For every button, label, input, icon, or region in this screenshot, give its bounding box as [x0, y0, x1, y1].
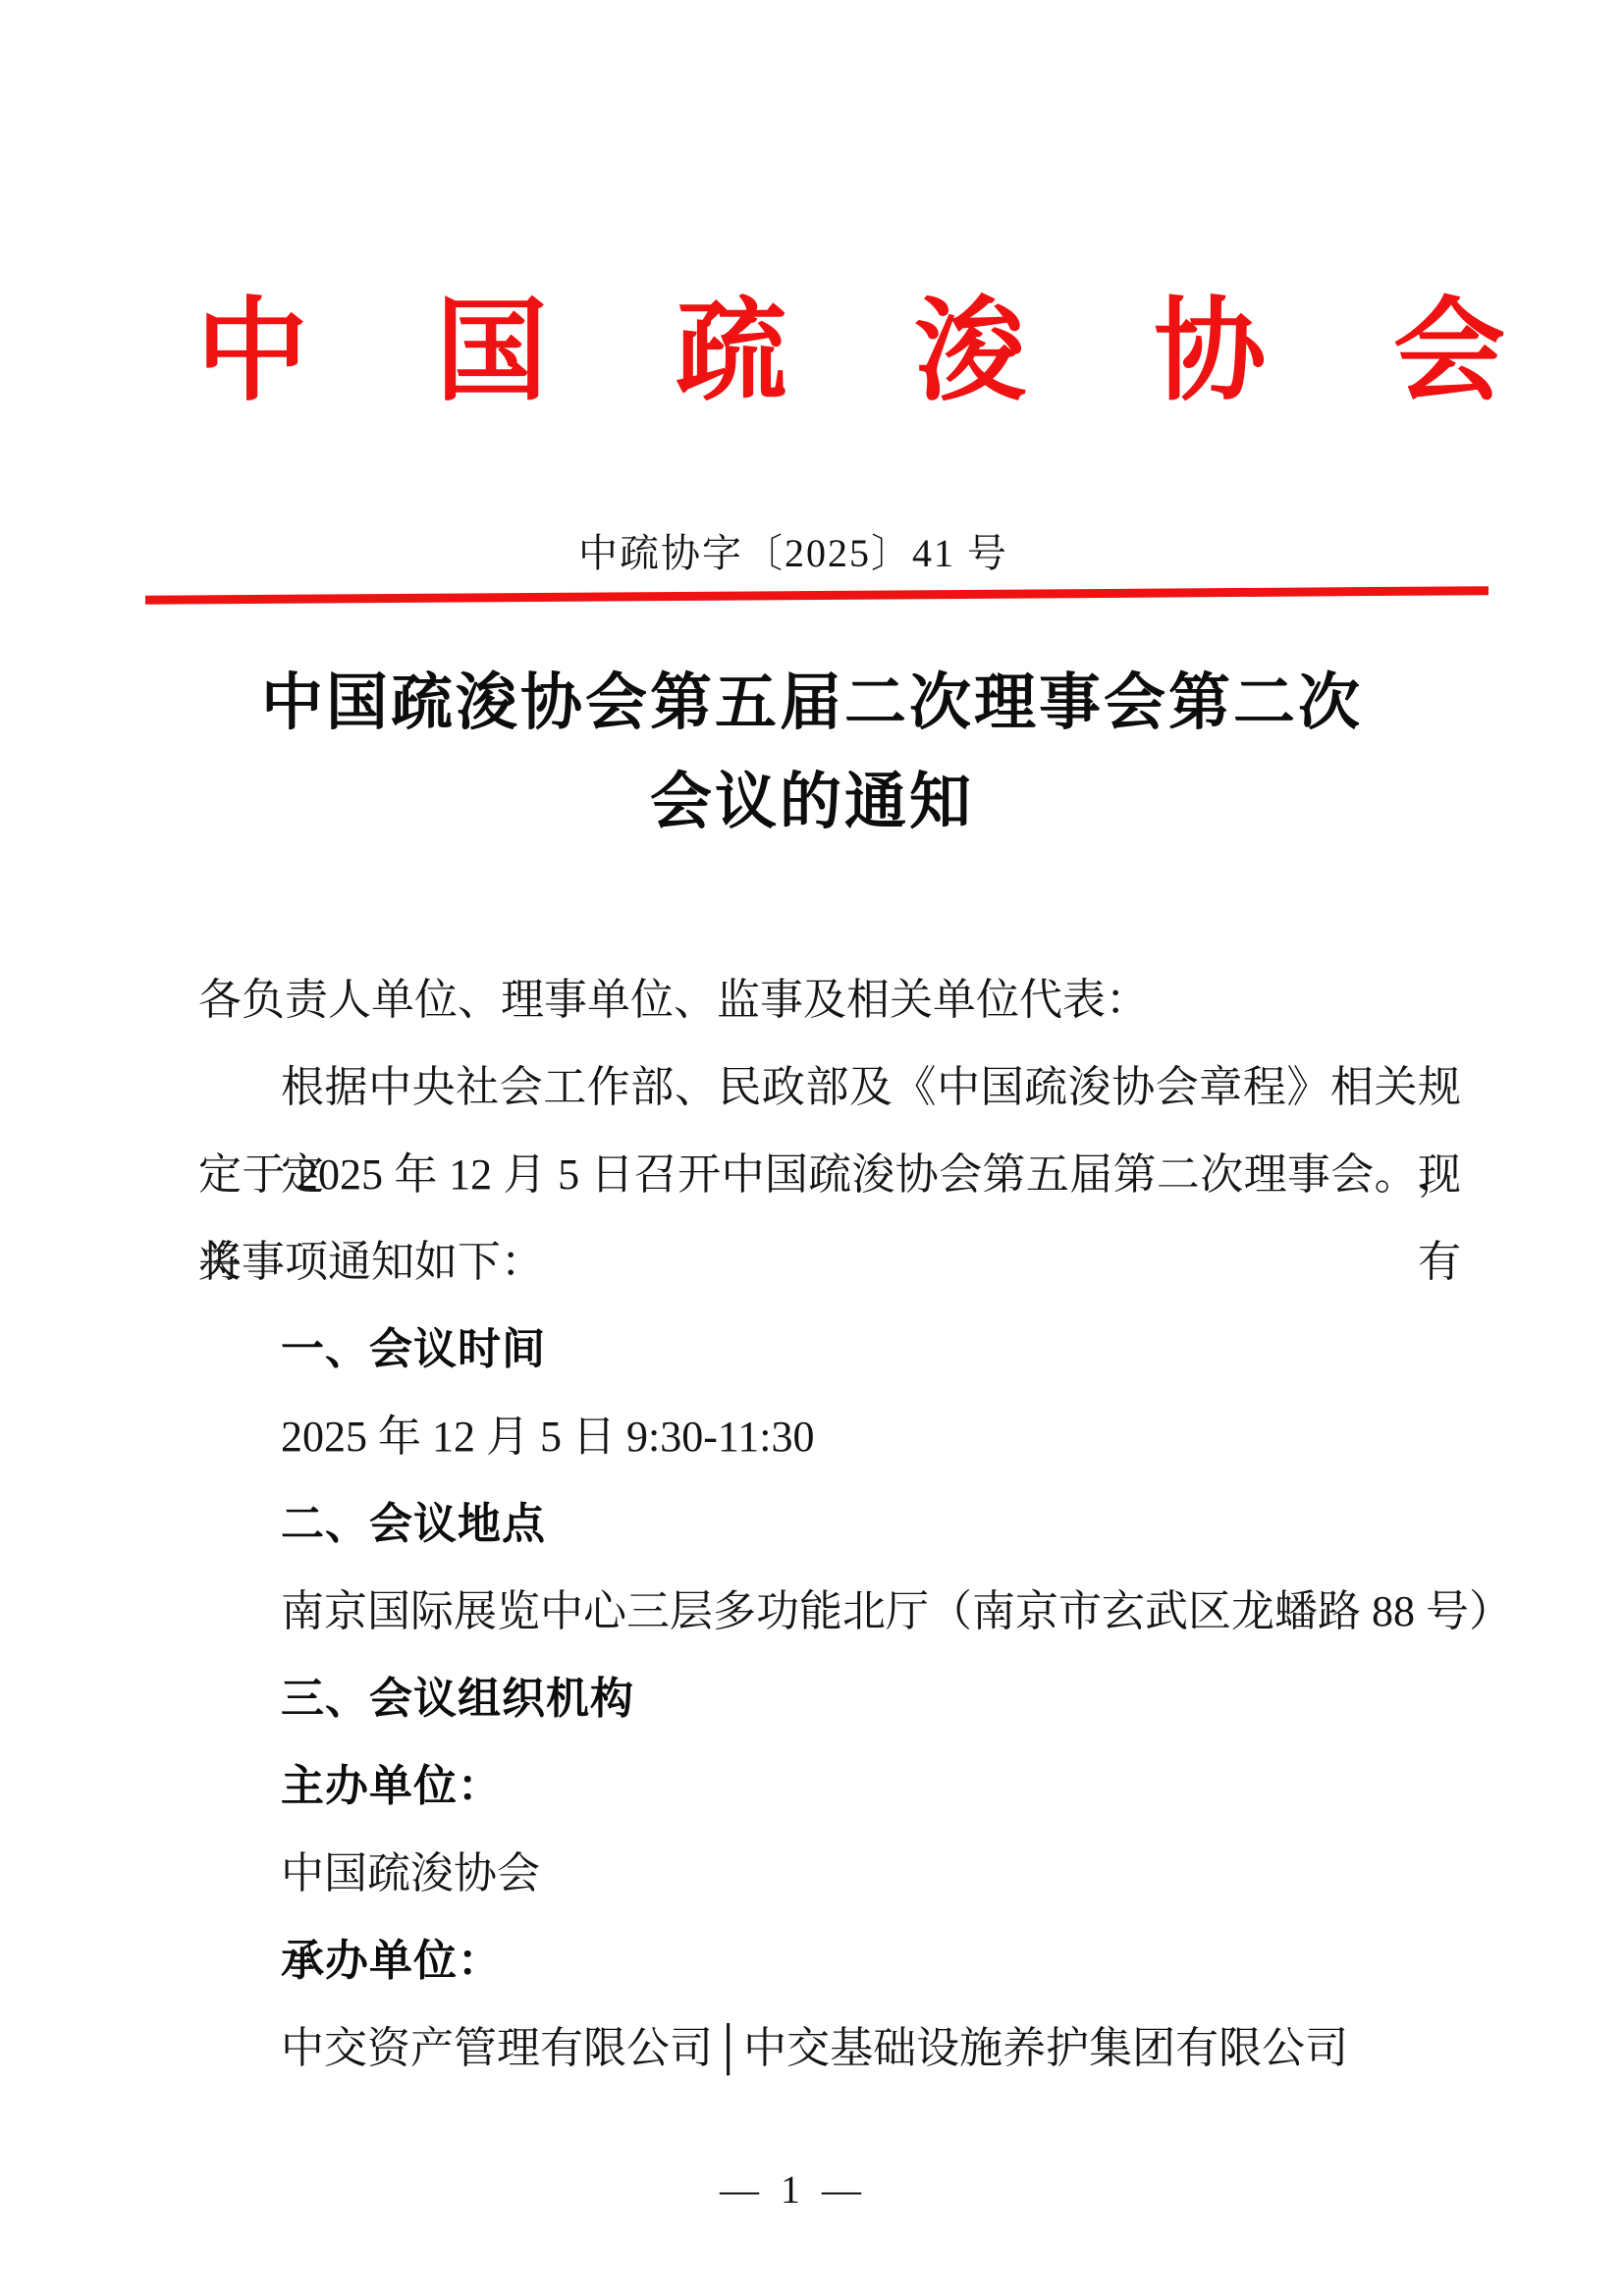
masthead-char: 中 — [196, 288, 308, 417]
organizer-unit-label: 承办单位： — [198, 1917, 1461, 2004]
meeting-venue-value: 南京国际展览中心三层多功能北厅（南京市玄武区龙蟠路 88 号） — [198, 1568, 1461, 1655]
section-heading-organization: 三、会议组织机构 — [198, 1655, 1461, 1742]
page-number: — 1 — — [0, 2166, 1605, 2214]
section-heading-meeting-time: 一、会议时间 — [198, 1306, 1461, 1393]
salutation-line: 各负责人单位、理事单位、监事及相关单位代表： — [198, 956, 1461, 1043]
organizer-unit-value: 中交资产管理有限公司│中交基础设施养护集团有限公司 — [198, 2004, 1461, 2092]
masthead-char: 协 — [1154, 288, 1266, 417]
meeting-time-value: 2025 年 12 月 5 日 9:30-11:30 — [198, 1393, 1461, 1480]
host-unit-label: 主办单位： — [198, 1742, 1461, 1830]
host-unit-value: 中国疏浚协会 — [198, 1830, 1461, 1917]
notice-body: 各负责人单位、理事单位、监事及相关单位代表： 根据中央社会工作部、民政部及《中国… — [198, 956, 1461, 2092]
document-number: 中疏协字〔2025〕41 号 — [0, 530, 1605, 577]
masthead-char: 浚 — [914, 288, 1026, 417]
body-line: 根据中央社会工作部、民政部及《中国疏浚协会章程》相关规定， — [198, 1043, 1461, 1131]
notice-title: 中国疏浚协会第五届二次理事会第二次 会议的通知 — [0, 654, 1624, 852]
section-heading-meeting-venue: 二、会议地点 — [198, 1480, 1461, 1568]
masthead-char: 疏 — [676, 288, 787, 417]
document-page: 中 国 疏 浚 协 会 中疏协字〔2025〕41 号 中国疏浚协会第五届二次理事… — [0, 0, 1624, 2296]
notice-title-line-2: 会议的通知 — [0, 753, 1624, 852]
masthead-char: 会 — [1393, 288, 1505, 417]
association-masthead: 中 国 疏 浚 协 会 — [196, 288, 1505, 425]
masthead-char: 国 — [436, 288, 548, 417]
notice-title-line-1: 中国疏浚协会第五届二次理事会第二次 — [0, 654, 1624, 753]
body-line: 定于 2025 年 12 月 5 日召开中国疏浚协会第五届第二次理事会。现将有 — [198, 1131, 1461, 1218]
red-divider-line — [145, 586, 1489, 605]
